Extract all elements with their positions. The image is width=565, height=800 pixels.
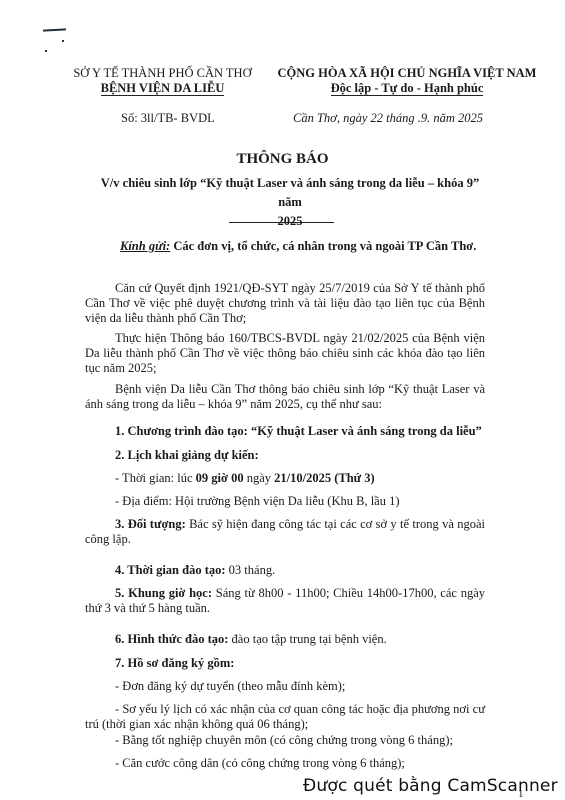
start-time: 09 giờ 00 — [196, 471, 244, 485]
audience-label: 3. Đối tượng: — [115, 517, 186, 531]
section-duration: 4. Thời gian đào tạo: 03 tháng. — [115, 563, 275, 578]
section-schedule: 2. Lịch khai giảng dự kiến: — [115, 448, 259, 463]
time-prefix: - Thời gian: lúc — [115, 471, 196, 485]
document-title: THÔNG BÁO — [0, 151, 565, 168]
subject-line: V/v chiêu sinh lớp “Kỹ thuật Laser và án… — [90, 174, 490, 212]
paragraph-legal-basis: Căn cứ Quyết định 1921/QĐ-SYT ngày 25/7/… — [85, 281, 485, 326]
section-hours: 5. Khung giờ học: Sáng từ 8h00 - 11h00; … — [85, 586, 485, 616]
recipient-line: Kính gửi: Các đơn vị, tổ chức, cá nhân t… — [120, 239, 476, 254]
title-divider — [229, 222, 334, 223]
country-name: CỘNG HÒA XÃ HỘI CHỦ NGHĨA VIỆT NAM — [262, 66, 552, 81]
section-audience: 3. Đối tượng: Bác sỹ hiện đang công tác … — [85, 517, 485, 547]
scanner-watermark: Được quét bằng CamScanner — [303, 776, 558, 796]
scan-artifact-mark — [43, 28, 66, 31]
scan-artifact-dot — [62, 40, 64, 42]
duration-label: 4. Thời gian đào tạo: — [115, 563, 226, 577]
duration-text: 03 tháng. — [226, 563, 276, 577]
recipient-text: Các đơn vị, tổ chức, cá nhân trong và ng… — [170, 239, 476, 253]
department-name: SỞ Y TẾ THÀNH PHỐ CẦN THƠ — [60, 66, 265, 81]
issuer-header: SỞ Y TẾ THÀNH PHỐ CẦN THƠ BỆNH VIỆN DA L… — [60, 66, 265, 96]
schedule-place: - Địa điểm: Hội trường Bệnh viện Da liễu… — [115, 494, 400, 509]
place-date: Cần Thơ, ngày 22 tháng .9. năm 2025 — [293, 111, 483, 126]
document-number: Số: 3ll/TB- BVDL — [121, 111, 215, 126]
hospital-name: BỆNH VIỆN DA LIỄU — [101, 81, 225, 96]
document-item: - Căn cước công dân (có công chứng trong… — [115, 756, 405, 771]
schedule-time: - Thời gian: lúc 09 giờ 00 ngày 21/10/20… — [115, 471, 375, 486]
document-item: - Đơn đăng ký dự tuyển (theo mẫu đính kè… — [115, 679, 345, 694]
format-label: 6. Hình thức đào tạo: — [115, 632, 228, 646]
format-text: đào tạo tập trung tại bệnh viện. — [228, 632, 386, 646]
scan-artifact-dot — [45, 50, 47, 52]
national-motto: Độc lập - Tự do - Hạnh phúc — [331, 81, 484, 96]
paragraph-implementation: Thực hiện Thông báo 160/TBCS-BVDL ngày 2… — [85, 331, 485, 376]
start-date: 21/10/2025 (Thứ 3) — [274, 471, 375, 485]
paragraph-announcement: Bệnh viện Da liễu Cần Thơ thông báo chiê… — [85, 382, 485, 412]
hours-label: 5. Khung giờ học: — [115, 586, 212, 600]
national-header: CỘNG HÒA XÃ HỘI CHỦ NGHĨA VIỆT NAM Độc l… — [262, 66, 552, 96]
section-documents: 7. Hồ sơ đăng ký gồm: — [115, 656, 234, 671]
section-program: 1. Chương trình đào tạo: “Kỹ thuật Laser… — [115, 424, 482, 439]
document-item: - Sơ yếu lý lịch có xác nhận của cơ quan… — [85, 702, 485, 732]
time-mid: ngày — [244, 471, 275, 485]
recipient-label: Kính gửi: — [120, 239, 170, 253]
section-format: 6. Hình thức đào tạo: đào tạo tập trung … — [115, 632, 387, 647]
document-item: - Bằng tốt nghiệp chuyên môn (có công ch… — [115, 733, 453, 748]
